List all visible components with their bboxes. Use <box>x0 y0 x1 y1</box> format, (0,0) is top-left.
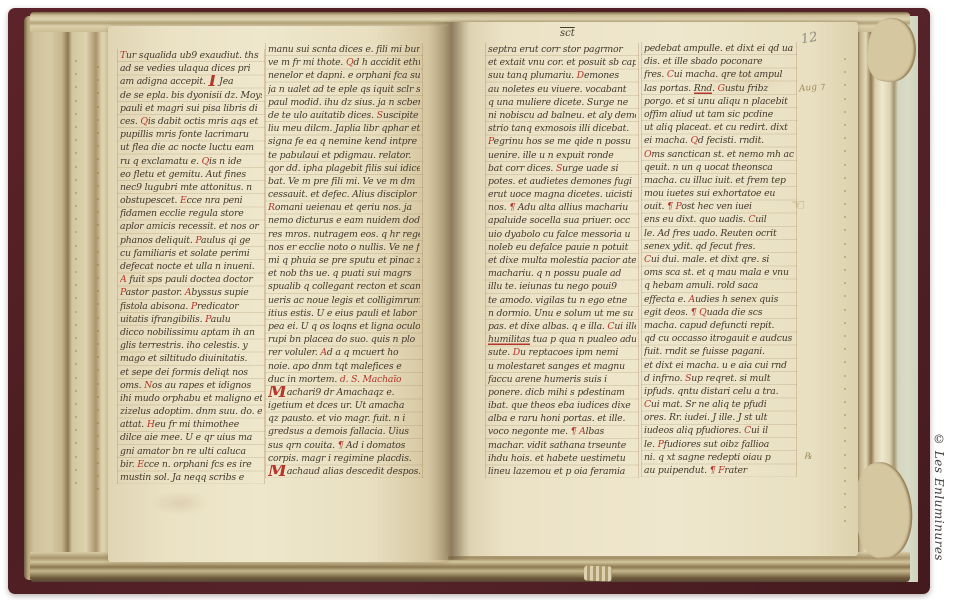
rubric-text: Q <box>690 135 697 146</box>
text-line: spualib q collegant recton et scam <box>268 280 420 293</box>
text-line: et dixt ei macha. u e aia cui rnd <box>644 359 794 372</box>
prick-mark <box>844 216 846 218</box>
prick-mark <box>75 139 77 141</box>
prick-mark <box>75 469 77 471</box>
text-line: pupillis mris fonte lacrimaru <box>120 128 262 141</box>
text-line: ueris ac noue legis et colligimrum <box>268 294 420 307</box>
rubric-text: C <box>644 254 651 265</box>
text-line: rer voluler. Ad a q mcuert ho <box>268 346 420 359</box>
prick-mark <box>844 150 846 152</box>
text-line: ni. q xt sagne redepti oiau p <box>644 451 794 464</box>
prick-mark <box>844 520 846 522</box>
prick-mark <box>97 145 99 147</box>
text-line: nos er ecclie noto o nullis. Ve ne fili … <box>268 241 420 254</box>
text-line: corpis. magr i regimine placdis. <box>268 452 420 465</box>
text-line: am adigna accepit. I Jea <box>120 75 262 88</box>
text-line: et extait vnu cor. et posuit sb capd <box>488 56 636 69</box>
prick-mark <box>75 297 77 299</box>
prick-mark <box>97 330 99 332</box>
prick-mark <box>75 60 77 62</box>
prick-mark <box>97 185 99 187</box>
text-line: dicco nobilissimu aptam ih an <box>120 326 262 339</box>
prick-mark <box>844 440 846 442</box>
prick-mark <box>844 493 846 495</box>
text-line: Romani ueienau et qeriu nos. ja <box>268 201 420 214</box>
prick-mark <box>75 390 77 392</box>
prick-mark <box>75 442 77 444</box>
text-line: gredsus a demois fallacia. Uius <box>268 425 420 438</box>
text-line: apaluide socella sua priuer. occ <box>488 214 636 227</box>
text-line: noie. apo dnm tqt malefices e <box>268 360 420 373</box>
text-line: alba e raru honi portas. et ille. <box>488 412 636 425</box>
text-line: oms. Nos au rapes et idignos <box>120 379 262 392</box>
text-line: n dormio. Unu e solum ut me su <box>488 307 636 320</box>
text-line: bir. Ecce n. orphani fcs es ire <box>120 458 262 471</box>
text-line: rupi bn placea do suo. quis n plo <box>268 333 420 346</box>
text-line: mou iuetes sui exhortatoe eu <box>644 187 794 200</box>
prick-mark <box>844 164 846 166</box>
text-line: glis terrestris. iho celestis. y <box>120 339 262 352</box>
text-line: faccu arene humeris suis i <box>488 373 636 386</box>
text-line: erut uoce magna dicetes. uicisti <box>488 188 636 201</box>
prick-mark <box>97 237 99 239</box>
text-line: macha. cu illuc iuit. et frem tep <box>644 174 794 187</box>
text-line: Machari9 dr Amachaqz e. <box>268 386 420 399</box>
text-line: bat. Ve m pre fili mi. Ve ve m dm <box>268 175 420 188</box>
text-line: ru q exclamatu e. Qis n ide <box>120 155 262 168</box>
prick-mark <box>97 66 99 68</box>
left-page-column-2: manu sui scnta dices e. fili mi buneve m… <box>265 43 423 478</box>
text-line: voco negonte me. ¶ Albas <box>488 425 636 438</box>
rubric-text: D <box>577 70 584 81</box>
rubric-text: d. S. Machaīo <box>340 374 402 385</box>
text-line: machariu. q n possu puale ad <box>488 267 636 280</box>
rubric-text: C <box>644 399 651 410</box>
text-line: egit deos. ¶ Quada die scs <box>644 306 794 319</box>
text-line: ces. Qis dabit octis mris aqs et <box>120 115 262 128</box>
text-line: liu meu dilcm. Japlia libr qphar et <box>268 122 420 135</box>
text-line: mustin sol. Ja neqq scribs e <box>120 471 262 484</box>
prick-mark <box>844 361 846 363</box>
text-line: d infrno. Sup reqret. si mult <box>644 372 794 385</box>
prick-mark <box>844 414 846 416</box>
text-line: de te ulo auitatib dices. Suscipite fi <box>268 109 420 122</box>
text-line: Tur squalida ub9 exaudiut. ths <box>120 49 262 62</box>
prick-mark <box>97 277 99 279</box>
text-line: offim aliud ut tam sic pcdine <box>644 108 794 121</box>
prick-mark <box>75 284 77 286</box>
text-line: ihi mudo orphabu et maligno et <box>120 392 262 405</box>
prick-mark <box>97 435 99 437</box>
prick-mark <box>844 375 846 377</box>
text-line: Oms sanctican st. et nemo mh ac <box>644 148 794 161</box>
prick-mark <box>844 335 846 337</box>
prick-mark <box>97 383 99 385</box>
prick-mark <box>75 218 77 220</box>
text-line: itius estis. U e eius pauli et labor rap… <box>268 307 420 320</box>
prick-marks-left-outer <box>75 60 78 495</box>
page-edges-left <box>24 16 114 580</box>
prick-mark <box>75 179 77 181</box>
prick-mark <box>75 456 77 458</box>
text-line: humilitas tua p qua n pualeo adu <box>488 333 636 346</box>
prick-mark <box>75 482 77 484</box>
prick-mark <box>844 229 846 231</box>
text-line: cessauit. et defec. Alius disciplor mor. <box>268 188 420 201</box>
prick-mark <box>844 111 846 113</box>
prick-mark <box>97 79 99 81</box>
text-line: ibat. que theos eba iudices dixe <box>488 399 636 412</box>
text-line: potes. et audietes demones fugi <box>488 175 636 188</box>
prick-mark <box>97 303 99 305</box>
prick-marks-right <box>844 58 847 533</box>
text-line: ja n ualet ad te eple qs iquit sclr sit. <box>268 83 420 96</box>
prick-mark <box>844 480 846 482</box>
right-page-column-1: septra erut corr stor pagrmoret extait v… <box>485 43 639 478</box>
text-line: igetium et dces ur. Ut amacha <box>268 399 420 412</box>
manicule-icon: ☜ <box>790 195 806 215</box>
text-line: suu tanq plumariu. Demones <box>488 69 636 82</box>
prick-mark <box>844 203 846 205</box>
text-line: res mros. nutragem eos. q hr rege <box>268 228 420 241</box>
prick-mark <box>75 429 77 431</box>
prick-mark <box>844 427 846 429</box>
text-line: u molestaret sanges et magnu <box>488 360 636 373</box>
text-line: zizelus adoptim. dnm suu. do. et <box>120 405 262 418</box>
text-line: lineu lazemou et p oia feramia <box>488 465 636 478</box>
text-line: ut aliq placeat. et cu redirt. dixt <box>644 121 794 134</box>
text-line: ve m fr mi thote. Qd h accidit ethne <box>268 56 420 69</box>
prick-mark <box>97 409 99 411</box>
prick-mark <box>75 416 77 418</box>
text-line: ipfuds. qntu distari celu a tra. <box>644 385 794 398</box>
prick-mark <box>75 231 77 233</box>
text-line: de se epla. bis dyonisii dz. Moyse <box>120 89 262 102</box>
text-line: le. Ad fres uado. Reuten ocrit <box>644 227 794 240</box>
prick-mark <box>97 290 99 292</box>
text-line: au puipendut. ¶ Frater <box>644 464 794 477</box>
left-page-column-1: Tur squalida ub9 exaudiut. thsad se vedi… <box>117 49 265 484</box>
text-line: te amodo. vigilas tu n ego etne <box>488 294 636 307</box>
prick-mark <box>97 198 99 200</box>
text-line: septra erut corr stor pagrmor <box>488 43 636 56</box>
text-line: defecat nocte et ulla n inueni. <box>120 260 262 273</box>
text-line: macha. capud defuncti repit. <box>644 319 794 332</box>
text-line: nemo dicturus e eam nuidem dodo <box>268 214 420 227</box>
prick-mark <box>97 211 99 213</box>
prick-mark <box>844 71 846 73</box>
prick-mark <box>97 317 99 319</box>
text-line: fres. Cui macha. qre tot ampul <box>644 68 794 81</box>
text-line: pas. et dixe albas. q e illa. Cui ille <box>488 320 636 333</box>
right-page-column-2: pedebat ampulle. et dixt ei qd uadis. et… <box>641 42 797 477</box>
rubric-text: Q <box>140 116 147 127</box>
text-line: bat corr dices. Surge uade si <box>488 162 636 175</box>
prick-mark <box>844 401 846 403</box>
text-line: dilce aie mee. U e qr uius ma <box>120 431 262 444</box>
text-line: Pegrinu hos se me qide n possu <box>488 135 636 148</box>
prick-mark <box>844 190 846 192</box>
text-line: ad se vedies ulaqua dices pri <box>120 62 262 75</box>
text-line: Cui dui. male. et dixt qre. si <box>644 253 794 266</box>
prick-mark <box>97 172 99 174</box>
prick-mark <box>75 100 77 102</box>
prick-mark <box>75 245 77 247</box>
prick-mark <box>75 337 77 339</box>
text-line: pea ei. U q os loqns et ligna oculos <box>268 320 420 333</box>
rubric-text: E <box>180 195 187 206</box>
prick-mark <box>75 86 77 88</box>
margin-note: ℞ <box>804 452 812 462</box>
text-line: nenelor et dapni. e orphani fca sunt. <box>268 69 420 82</box>
text-line: ni nobiscu ad balneu. et aly demo <box>488 109 636 122</box>
text-line: duc in mortem. d. S. Machaīo <box>268 373 420 386</box>
prick-mark <box>844 506 846 508</box>
prick-mark <box>75 377 77 379</box>
rubric-text: E <box>137 459 144 470</box>
prick-mark <box>844 467 846 469</box>
text-line: strio tanq exmosois illi dicebat. <box>488 122 636 135</box>
rubric-text: N <box>144 380 152 391</box>
text-line: noleb eu defalce pauie n potuit <box>488 241 636 254</box>
text-line: las portas. Rnd. Gustu fribz <box>644 82 794 95</box>
prick-mark <box>75 192 77 194</box>
text-line: senex ydit. qd fecut fres. <box>644 240 794 253</box>
prick-mark <box>97 264 99 266</box>
text-line: pedebat ampulle. et dixt ei qd ua <box>644 42 794 55</box>
prick-mark <box>75 324 77 326</box>
text-line: fistola abisona. Predicator <box>120 300 262 313</box>
prick-mark <box>844 243 846 245</box>
prick-mark <box>75 350 77 352</box>
text-line: dis. et ille sbado poconare <box>644 55 794 68</box>
text-line: gni amator bn re ulti caluca <box>120 445 262 458</box>
prick-mark <box>844 177 846 179</box>
prick-mark <box>844 454 846 456</box>
text-line: le. Pfudiores sut oibz fallioa <box>644 438 794 451</box>
prick-mark <box>97 488 99 490</box>
text-line: mi q phuia se pre sputu et pinac z gogo <box>268 254 420 267</box>
prick-mark <box>75 73 77 75</box>
copyright-credit: © Les Enluminures <box>932 432 946 600</box>
endband <box>584 566 613 582</box>
text-line: pauli et magri sui pisa libris di <box>120 102 262 115</box>
prick-mark <box>844 295 846 297</box>
prick-mark <box>97 356 99 358</box>
rubric-initial: M <box>268 386 287 399</box>
gutter-shadow <box>428 22 470 560</box>
text-line: ores. Rr. iudei. J ille. J st ult <box>644 411 794 424</box>
rubric-text: Q <box>202 156 209 167</box>
text-line: mago et siltitudo diuinitatis. <box>120 352 262 365</box>
prick-mark <box>97 92 99 94</box>
rubric-text: Q <box>699 307 706 318</box>
rubric-text: H <box>147 419 155 430</box>
rubric-text: C <box>667 69 674 80</box>
prick-mark <box>844 84 846 86</box>
text-line: q hebam amuli. rold saca <box>644 279 794 292</box>
prick-mark <box>97 448 99 450</box>
rubric-text: D <box>513 347 520 358</box>
prick-mark <box>97 106 99 108</box>
prick-mark <box>844 98 846 100</box>
prick-mark <box>844 58 846 60</box>
text-line: et nob ths ue. q puati sui magrs <box>268 267 420 280</box>
prick-mark <box>844 124 846 126</box>
text-line: qd cu occasso itrogauit e audcus <box>644 332 794 345</box>
text-line: qeuit. n un q uocat theonsca <box>644 161 794 174</box>
prick-mark <box>844 256 846 258</box>
text-line: uio dyabolo cu falce messoria u <box>488 228 636 241</box>
prick-mark <box>75 271 77 273</box>
text-line: ihdu hois. et habete uestimetu <box>488 452 636 465</box>
text-line: nec9 lugubri mte attonitus. n <box>120 181 262 194</box>
text-line: qz pausto. et vio magr. fuit. n i <box>268 412 420 425</box>
running-header: sct <box>560 28 575 39</box>
text-line: manu sui scnta dices e. fili mi bune <box>268 43 420 56</box>
text-line: cu familiaris et solate perimi <box>120 247 262 260</box>
prick-mark <box>844 348 846 350</box>
rubric-text: R <box>268 202 275 213</box>
text-line: nos. ¶ Adu alta allius machariu <box>488 201 636 214</box>
text-line: oms sca st. et q mau mala e vnu <box>644 266 794 279</box>
prick-mark <box>844 388 846 390</box>
prick-mark <box>97 343 99 345</box>
text-line: uitatis ifrangibilis. Paulu <box>120 313 262 326</box>
text-line: te pabulaui et pdigmau. relator. <box>268 149 420 162</box>
text-line: et dixe multa molestia pacior ate <box>488 254 636 267</box>
prick-mark <box>75 311 77 313</box>
folio-number: 12 <box>800 30 819 47</box>
prick-mark <box>75 113 77 115</box>
prick-mark <box>75 403 77 405</box>
prick-mark <box>97 132 99 134</box>
text-line: ei macha. Qd fecisti. rndit. <box>644 134 794 147</box>
text-line: aplor amicis recessit. et nos or <box>120 220 262 233</box>
text-line: sute. Du reptacoes ipm nemi <box>488 346 636 359</box>
rubric-initial: M <box>268 465 287 478</box>
prick-mark <box>75 166 77 168</box>
prick-mark <box>97 119 99 121</box>
prick-marks-left-inner <box>97 66 100 501</box>
text-line: effecta e. Audies h senex quis <box>644 293 794 306</box>
text-line: phanos deliquit. Paulus qi ge <box>120 234 262 247</box>
text-line: et sepe dei formis deliqt nos <box>120 366 262 379</box>
prick-mark <box>97 224 99 226</box>
text-line: fuit. rndit se fuisse pagani. <box>644 345 794 358</box>
text-line: obstupescet. Ecce nra peni <box>120 194 262 207</box>
text-line: au noletes eu viuere. vocabant <box>488 83 636 96</box>
text-line: Pastor pastor. Abyssus supie <box>120 286 262 299</box>
prick-mark <box>844 309 846 311</box>
text-line: uenire. ille u n expuit ronde <box>488 149 636 162</box>
rubric-text: C <box>744 425 751 436</box>
text-line: machar. vidit sathana trseunte <box>488 439 636 452</box>
prick-mark <box>844 282 846 284</box>
prick-mark <box>97 396 99 398</box>
prick-mark <box>75 152 77 154</box>
prick-mark <box>844 137 846 139</box>
text-line: sus qrn couita. ¶ Ad i domatos <box>268 439 420 452</box>
rubric-text: G <box>718 83 725 94</box>
manuscript-photo: Tur squalida ub9 exaudiut. thsad se vedi… <box>0 0 959 600</box>
text-line: A fuit sps pauli doctea doctor <box>120 273 262 286</box>
text-line: paul modid. ihu dz sius. ja n scber <box>268 96 420 109</box>
prick-mark <box>97 462 99 464</box>
text-line: Machaud alias descedit despos. u <box>268 465 420 478</box>
prick-mark <box>97 475 99 477</box>
prick-mark <box>75 363 77 365</box>
prick-mark <box>97 251 99 253</box>
text-line: iudeos aliq pfudiores. Cui il <box>644 424 794 437</box>
prick-mark <box>75 205 77 207</box>
text-line: ut flea die ac nocte luctu eam <box>120 141 262 154</box>
red-underlined-word: humilitas <box>488 334 530 345</box>
text-line: ponere. dicb mihi s pdestinam <box>488 386 636 399</box>
prick-mark <box>844 322 846 324</box>
prick-mark <box>75 258 77 260</box>
prick-mark <box>97 158 99 160</box>
prick-mark <box>75 126 77 128</box>
text-line: eo fletu et gemitu. Aut fines <box>120 168 262 181</box>
text-line: ouit. ¶ Post hec ven iuei <box>644 200 794 213</box>
red-underlined-word: Rnd <box>694 83 712 94</box>
text-line: q una muliere dicete. Surge ne <box>488 96 636 109</box>
prick-mark <box>97 369 99 371</box>
text-line: attat. Heu fr mi thimothee <box>120 418 262 431</box>
text-line: porgo. et si unu aliqu n placebit <box>644 95 794 108</box>
text-line: fidamen ecclie regula store <box>120 207 262 220</box>
text-line: Cui mat. Sr ne aliq te pfudi <box>644 398 794 411</box>
text-line: signa fe ea q nemine kend intpre <box>268 135 420 148</box>
rubric-text: ¶ <box>667 201 673 212</box>
text-line: illu te. ieiunas tu nego poui9 <box>488 280 636 293</box>
prick-mark <box>844 269 846 271</box>
prick-mark <box>97 422 99 424</box>
text-line: ens eu dixt. quo uadis. Cuil <box>644 213 794 226</box>
text-line: qor dd. ipha plagebit filis sui idice <box>268 162 420 175</box>
